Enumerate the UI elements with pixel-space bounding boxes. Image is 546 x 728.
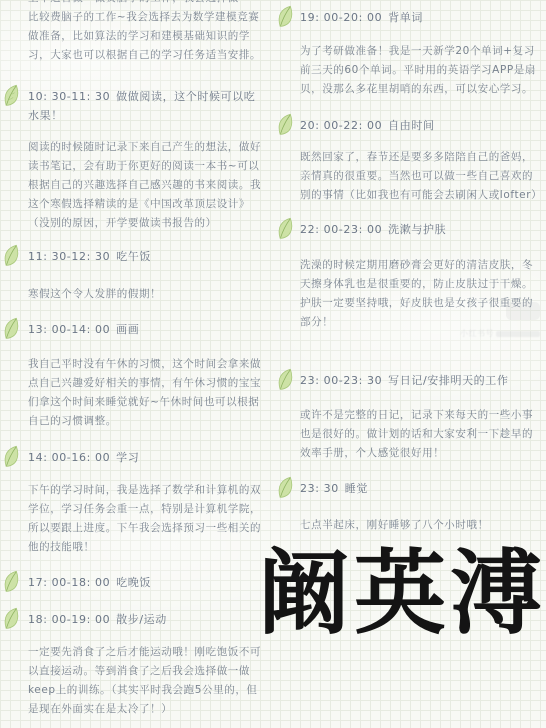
- schedule-section-exercise: 18: 00-19: 00散步/运动 一定要先消食了之后才能运动哦！刚吃饱饭不可…: [0, 610, 268, 719]
- time-range: 22: 00-23: 00: [300, 223, 382, 236]
- slot-notes: 既然回家了，春节还是要多多陪陪自己的爸妈，亲情真的很重要。当然也可以做一些自己喜…: [300, 148, 542, 205]
- time-slot-heading: 17: 00-18: 00吃晚饭: [28, 573, 264, 592]
- slot-title: 画画: [116, 323, 139, 336]
- schedule-section-reading: 10: 30-11: 30做做阅读，这个时候可以吃水果！ 阅读的时候随时记录下来…: [0, 87, 268, 233]
- left-column: 上午适合做一做费脑子的工作，我会选择做一 比较费脑子的工作~我会选择去为数学建模…: [0, 0, 268, 719]
- time-range: 20: 00-22: 00: [300, 119, 382, 132]
- slot-title: 散步/运动: [116, 613, 167, 626]
- slot-notes: 洗澡的时候定期用磨砂膏会更好的清洁皮肤，冬天擦身体乳也是很重要的，防止皮肤过于干…: [300, 256, 542, 332]
- leaf-icon: [0, 242, 24, 268]
- leaf-icon: [273, 215, 298, 241]
- right-column: 19: 00-20: 00背单词 为了考研做准备！我是一天新学20个单词+复习前…: [272, 0, 546, 535]
- time-slot-heading: 13: 00-14: 00画画: [28, 320, 264, 339]
- time-range: 17: 00-18: 00: [28, 576, 110, 589]
- schedule-section-diary: 23: 00-23: 30写日记/安排明天的工作 或许不是完整的日记，记录下来每…: [272, 371, 546, 463]
- leaf-icon: [0, 82, 24, 108]
- time-slot-heading: 19: 00-20: 00背单词: [300, 8, 542, 27]
- time-slot-heading: 11: 30-12: 30吃午饭: [28, 247, 264, 266]
- leaf-icon: [273, 111, 298, 137]
- time-slot-heading: 14: 00-16: 00学习: [28, 448, 264, 467]
- schedule-section-drawing: 13: 00-14: 00画画 我自己平时没有午休的习惯，这个时间会拿来做点自己…: [0, 320, 268, 431]
- cropped-top-line: 上午适合做一做费脑子的工作，我会选择做一: [0, 0, 268, 8]
- slot-title: 吃晚饭: [116, 576, 151, 589]
- slot-title: 写日记/安排明天的工作: [388, 374, 508, 387]
- slot-title: 洗漱与护肤: [388, 223, 446, 236]
- slot-title: 学习: [116, 451, 139, 464]
- slot-title: 自由时间: [388, 119, 434, 132]
- time-range: 14: 00-16: 00: [28, 451, 110, 464]
- intro-paragraph: 比较费脑子的工作~我会选择去为数学建模竞赛做准备，比如算法的学习和建模基础知识的…: [0, 8, 268, 65]
- leaf-icon: [0, 605, 24, 631]
- leaf-icon: [273, 3, 298, 29]
- time-slot-heading: 18: 00-19: 00散步/运动: [28, 610, 264, 629]
- slot-title: 吃午饭: [116, 250, 151, 263]
- leaf-icon: [0, 315, 24, 341]
- slot-title: 睡觉: [345, 482, 368, 495]
- time-range: 19: 00-20: 00: [300, 11, 382, 24]
- slot-notes: 阅读的时候随时记录下来自己产生的想法，做好读书笔记，会有助于你更好的阅读一本书~…: [28, 138, 264, 233]
- schedule-section-free-time: 20: 00-22: 00自由时间 既然回家了，春节还是要多多陪陪自己的爸妈，亲…: [272, 116, 546, 205]
- time-slot-heading: 23: 00-23: 30写日记/安排明天的工作: [300, 371, 542, 390]
- time-slot-heading: 23: 30睡觉: [300, 479, 542, 498]
- time-slot-heading: 22: 00-23: 00洗漱与护肤: [300, 220, 542, 239]
- schedule-section-skincare: 22: 00-23: 00洗漱与护肤 洗澡的时候定期用磨砂膏会更好的清洁皮肤，冬…: [272, 220, 546, 332]
- slot-notes: 寒假这个令人发胖的假期！: [28, 285, 264, 304]
- schedule-section-sleep: 23: 30睡觉 七点半起床，刚好睡够了八个小时哦！: [272, 479, 546, 535]
- leaf-icon: [273, 366, 298, 392]
- time-range: 23: 00-23: 30: [300, 374, 382, 387]
- leaf-icon: [0, 443, 24, 469]
- slot-notes: 我自己平时没有午休的习惯，这个时间会拿来做点自己兴趣爱好相关的事情，有午休习惯的…: [28, 355, 264, 431]
- time-slot-heading: 20: 00-22: 00自由时间: [300, 116, 542, 135]
- time-range: 23: 30: [300, 482, 339, 495]
- signature-calligraphy: 阚英溥: [258, 538, 546, 648]
- time-slot-heading: 10: 30-11: 30做做阅读，这个时候可以吃水果！: [28, 87, 264, 125]
- slot-notes: 七点半起床，刚好睡够了八个小时哦！: [300, 516, 542, 535]
- time-range: 18: 00-19: 00: [28, 613, 110, 626]
- leaf-icon: [273, 474, 298, 500]
- slot-notes: 或许不是完整的日记，记录下来每天的一些小事也是很好的。做计划的话和大家安利一下趁…: [300, 406, 542, 463]
- notebook-page: { "partial_line": "上午适合做一做费脑子的工作，我会选择做一"…: [0, 0, 546, 728]
- slot-notes: 为了考研做准备！我是一天新学20个单词+复习前三天的60个单词。平时用的英语学习…: [300, 42, 542, 99]
- time-range: 10: 30-11: 30: [28, 90, 110, 103]
- slot-notes: 下午的学习时间，我是选择了数学和计算机的双学位，学习任务会重一点，特别是计算机学…: [28, 481, 264, 557]
- slot-notes: 一定要先消食了之后才能运动哦！刚吃饱饭不可以直接运动。等到消食了之后我会选择做一…: [28, 643, 264, 719]
- schedule-section-study: 14: 00-16: 00学习 下午的学习时间，我是选择了数学和计算机的双学位，…: [0, 448, 268, 557]
- schedule-section-dinner: 17: 00-18: 00吃晚饭: [0, 573, 268, 592]
- schedule-section-vocabulary: 19: 00-20: 00背单词 为了考研做准备！我是一天新学20个单词+复习前…: [272, 8, 546, 99]
- slot-title: 背单词: [388, 11, 423, 24]
- schedule-section-lunch: 11: 30-12: 30吃午饭 寒假这个令人发胖的假期！: [0, 247, 268, 304]
- time-range: 13: 00-14: 00: [28, 323, 110, 336]
- leaf-icon: [0, 568, 24, 594]
- time-range: 11: 30-12: 30: [28, 250, 110, 263]
